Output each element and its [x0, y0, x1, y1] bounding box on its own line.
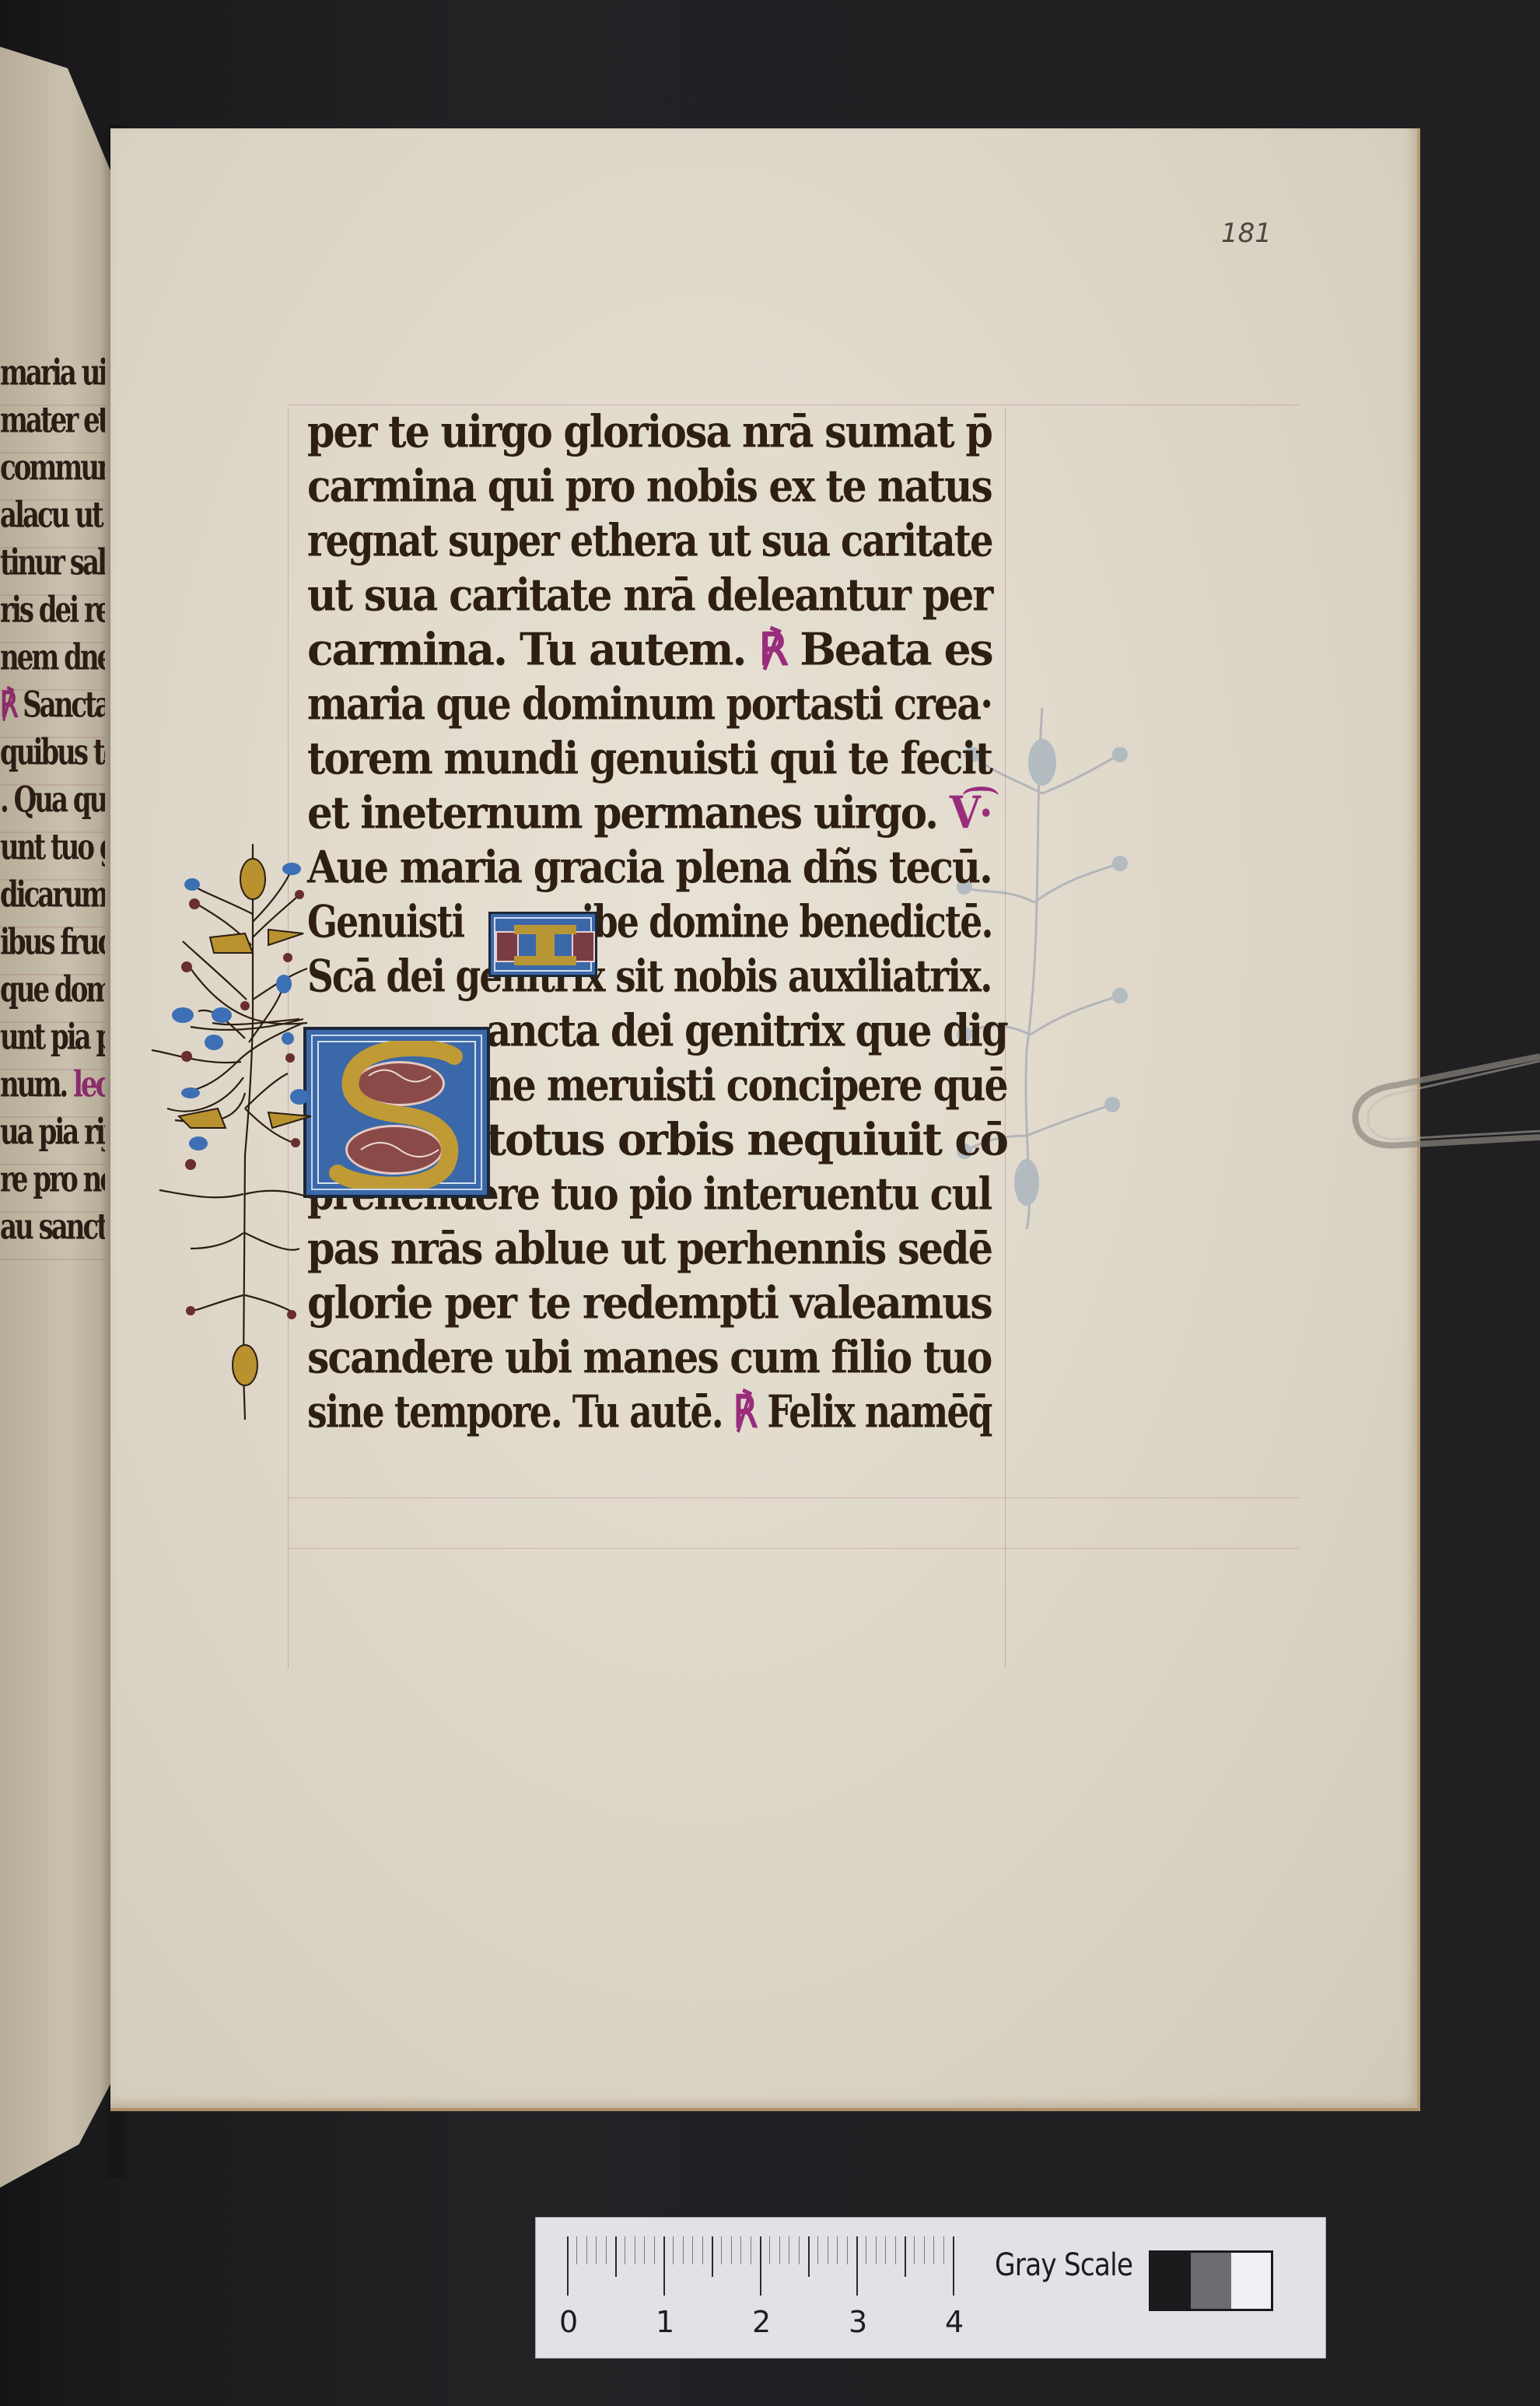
ruler-minor-tick	[615, 2236, 617, 2277]
ruler-tick-label: 0	[559, 2305, 578, 2339]
ruler-major-tick	[856, 2236, 858, 2296]
ruler-minor-tick	[586, 2236, 587, 2264]
text-run: num.	[0, 1064, 73, 1106]
ruler-minor-tick	[943, 2236, 944, 2264]
ruler-minor-tick	[905, 2236, 906, 2277]
manuscript-text-line: carmina. Tu autem. ℟ Beata es	[307, 618, 992, 681]
manuscript-text-line: per te uirgo gloriosa nrā sumat p̄	[307, 401, 992, 464]
ruler-minor-tick	[769, 2236, 770, 2264]
text-run: ancta dei genitrix que dig	[486, 1004, 1007, 1057]
ruler-minor-tick	[933, 2236, 934, 2264]
text-run: carmina qui pro nobis ex te natus	[307, 460, 992, 513]
text-run: unt tuo gremio	[0, 827, 105, 869]
text-run: per te uirgo gloriosa nrā sumat p̄	[307, 405, 992, 458]
ruler-minor-tick	[635, 2236, 635, 2264]
text-run: pas nrās ablue ut perhennis sedē	[307, 1222, 992, 1275]
ruler-minor-tick	[789, 2236, 789, 2264]
ruler-minor-tick	[644, 2236, 645, 2264]
manuscript-text-line: et ineternum permanes uirgo. V͡·	[307, 782, 992, 845]
ruler-major-tick	[760, 2236, 761, 2296]
text-run: totus orbis nequiuit cō	[486, 1113, 1007, 1166]
ruler-minor-tick	[673, 2236, 674, 2264]
ruler-minor-tick	[779, 2236, 780, 2264]
initial-s-letterform	[322, 1041, 470, 1189]
manuscript-text-line: maria que dominum portasti crea·	[307, 673, 992, 736]
ruler-minor-tick	[654, 2236, 655, 2264]
text-run: Scā dei genitrix sit nobis auxiliatrix.	[307, 950, 992, 1003]
ruler-minor-tick	[683, 2236, 684, 2264]
text-run: que dominū et	[0, 969, 105, 1011]
ruler-minor-tick	[828, 2236, 828, 2264]
book-clip	[1334, 1050, 1540, 1159]
manuscript-text-line: regnat super ethera ut sua caritate	[307, 510, 992, 573]
manuscript-text-line: torem mundi genuisti qui te fecit	[307, 727, 992, 790]
manuscript-text-line: ancta dei genitrix que dig	[486, 1000, 1007, 1063]
ruler-minor-tick	[808, 2236, 810, 2277]
manuscript-text-line: ne meruisti concipere quē	[486, 1054, 1007, 1117]
ruler-minor-tick	[740, 2236, 741, 2264]
rubric-mark: ℟	[733, 1385, 767, 1438]
text-run: au sanctissime	[0, 1207, 105, 1249]
left-page-text-line: au sanctissime	[0, 1196, 105, 1259]
manuscript-text-line: ut sua caritate nrā deleantur per	[307, 564, 992, 627]
text-run: ris dei regnare	[0, 590, 105, 632]
text-run: regnat super ethera ut sua caritate	[307, 514, 992, 567]
ruler-minor-tick	[847, 2236, 848, 2264]
text-run: Aue maria gracia plena dñs tecū.	[307, 841, 992, 894]
ruler-major-tick	[953, 2236, 954, 2296]
text-run: Beata es	[800, 623, 992, 676]
ruler: 01234	[567, 2236, 987, 2306]
ruler-minor-tick	[576, 2236, 577, 2264]
ruler-tick-label: 3	[849, 2305, 867, 2339]
ruler-tick-label: 1	[656, 2305, 674, 2339]
ruling-line	[288, 1497, 1299, 1498]
text-run: ibe domine benedictē.	[581, 895, 992, 948]
manuscript-text-line: totus orbis nequiuit cō	[486, 1108, 1007, 1171]
ruler-minor-tick	[702, 2236, 703, 2264]
ruler-minor-tick	[731, 2236, 732, 2264]
text-run: scandere ubi manes cum filio tuo	[307, 1331, 991, 1384]
text-run: quibus te laude	[0, 732, 105, 774]
text-run: alacu ut celest	[0, 495, 105, 537]
manuscript-text-line: Aue maria gracia plena dñs tecū.	[307, 836, 992, 899]
ruler-major-tick	[567, 2236, 569, 2296]
manuscript-text-line: Scā dei genitrix sit nobis auxiliatrix.	[307, 945, 992, 1008]
gray-swatch	[1231, 2253, 1271, 2309]
gray-swatch	[1191, 2253, 1230, 2309]
gray-scale-swatches	[1149, 2250, 1273, 2311]
ruler-tick-label: 2	[752, 2305, 771, 2339]
text-run: torem mundi genuisti qui te fecit	[307, 732, 992, 785]
folio-number: 181	[1221, 218, 1272, 249]
text-run: glorie per te redempti valeamus	[307, 1277, 992, 1329]
gray-swatch	[1151, 2253, 1191, 2309]
manuscript-text-line: pas nrās ablue ut perhennis sedē	[307, 1217, 992, 1280]
measurement-scale: 01234 Gray Scale	[535, 2217, 1326, 2359]
illuminated-initial-i	[488, 912, 597, 977]
manuscript-text-line: scandere ubi manes cum filio tuo	[307, 1326, 991, 1389]
text-run: unt pia pro ni	[0, 1017, 105, 1059]
ruler-minor-tick	[751, 2236, 751, 2264]
manuscript-text-line: glorie per te redempti valeamus	[307, 1272, 992, 1335]
text-run: re pro nobis	[0, 1159, 105, 1201]
text-run: ua pia rij	[0, 1112, 105, 1154]
ruling-line	[288, 1548, 1299, 1549]
initial-i-gold-bar	[514, 956, 576, 965]
ruler-major-tick	[663, 2236, 665, 2296]
text-run: ibus fructus tuis	[0, 922, 105, 964]
rubric-mark: ℟	[0, 685, 23, 727]
ruler-minor-tick	[885, 2236, 886, 2264]
text-run: nem dne misere	[0, 637, 105, 679]
ruler-minor-tick	[914, 2236, 915, 2264]
text-run: ut sua caritate nrā deleantur per	[307, 569, 992, 622]
ruler-minor-tick	[596, 2236, 597, 2264]
text-run: tinur salutem pa	[0, 542, 105, 584]
ruler-minor-tick	[866, 2236, 866, 2264]
rubric-mark: ℟	[759, 623, 800, 676]
manuscript-text-line: sine tempore. Tu autē. ℟ Felix namēq̄	[307, 1381, 992, 1444]
manuscript-text-line: Genuisti ibe domine benedictē.	[307, 891, 992, 954]
text-run: dicarum in inu	[0, 874, 105, 916]
ruler-minor-tick	[712, 2236, 713, 2277]
ruler-minor-tick	[924, 2236, 925, 2264]
ruler-minor-tick	[876, 2236, 877, 2264]
text-run: communium	[0, 447, 105, 489]
text-run: carmina. Tu autem.	[307, 623, 759, 676]
ruler-minor-tick	[799, 2236, 800, 2264]
ruler-minor-tick	[721, 2236, 722, 2264]
text-run: sine tempore. Tu autē.	[307, 1385, 733, 1438]
rubric-mark: V͡·	[950, 786, 992, 839]
text-run: Felix namēq̄	[767, 1385, 991, 1438]
ruler-minor-tick	[817, 2236, 818, 2264]
text-run: Sancta et ima	[23, 685, 105, 727]
left-page-text: maria uirgo uirmater et filia uircommuni…	[0, 350, 105, 1252]
manuscript-text-line: carmina qui pro nobis ex te natus	[307, 455, 992, 518]
ruler-minor-tick	[895, 2236, 896, 2264]
ruler-minor-tick	[837, 2236, 838, 2264]
text-run: maria uirgo uir	[0, 352, 105, 394]
border-spray-decoration	[144, 828, 338, 1435]
ruler-minor-tick	[625, 2236, 625, 2264]
ruler-minor-tick	[606, 2236, 607, 2264]
text-run: . Qua quem ce	[0, 779, 105, 821]
ruler-minor-tick	[692, 2236, 693, 2264]
gray-scale-label: Gray Scale	[995, 2247, 1132, 2283]
ruler-tick-label: 4	[945, 2305, 964, 2339]
text-run: maria que dominum portasti crea·	[307, 678, 992, 730]
text-run: mater et filia uir	[0, 400, 105, 442]
text-run: ne meruisti concipere quē	[486, 1059, 1007, 1112]
text-run: et ineternum permanes uirgo.	[307, 786, 950, 839]
left-page-fragment: maria uirgo uirmater et filia uircommuni…	[0, 47, 113, 2209]
